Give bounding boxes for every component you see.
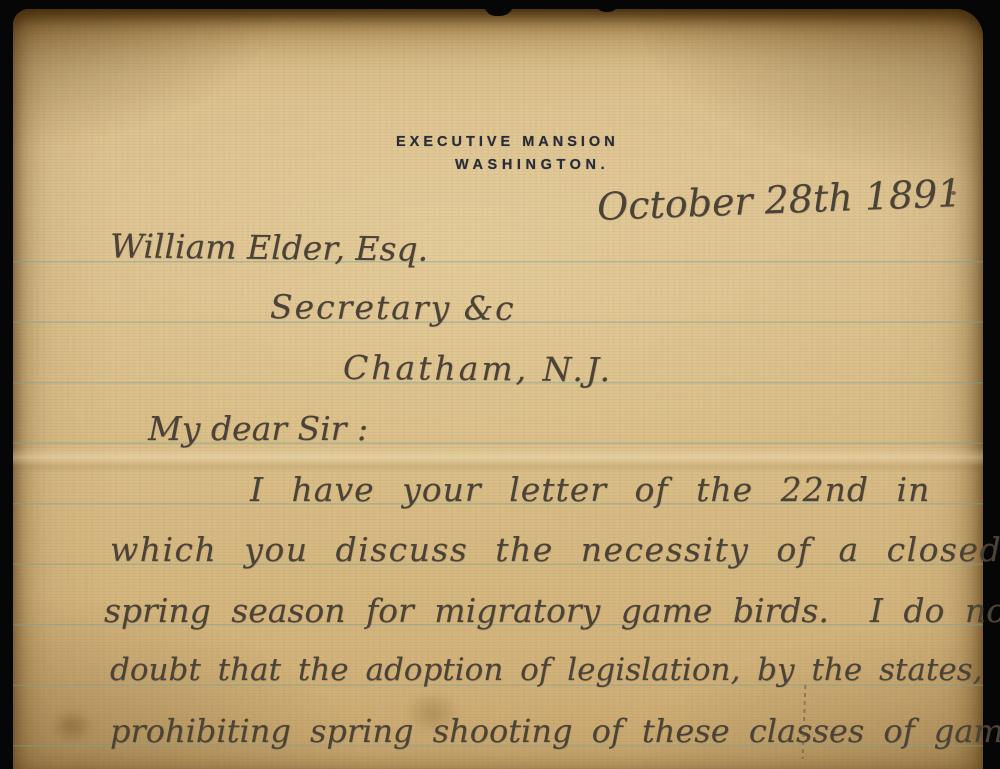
body-line-3: spring season for migratory game birds. … [104, 594, 1000, 627]
body-line-5: prohibiting spring shooting of these cla… [110, 715, 1000, 747]
recipient-name-line: William Elder, Esq. [110, 229, 428, 265]
ink-blot [951, 191, 956, 195]
recipient-address-line: Chatham, N.J. [343, 351, 613, 386]
body-line-4: doubt that the adoption of legislation, … [110, 655, 982, 686]
letter-page: EXECUTIVE MANSION WASHINGTON. October 28… [13, 9, 983, 750]
body-line-2: which you discuss the necessity of a clo… [110, 533, 1000, 566]
recipient-title-line: Secretary &c [270, 290, 516, 325]
body-line-1: I have your letter of the 22nd in [250, 473, 930, 506]
paper-stain [51, 709, 93, 743]
scan-background: EXECUTIVE MANSION WASHINGTON. October 28… [0, 0, 1000, 750]
salutation-line: My dear Sir : [148, 412, 368, 445]
paper-stain [405, 691, 461, 735]
letterhead-line-executive-mansion: EXECUTIVE MANSION [396, 135, 619, 150]
letterhead-line-washington: WASHINGTON. [455, 158, 609, 173]
